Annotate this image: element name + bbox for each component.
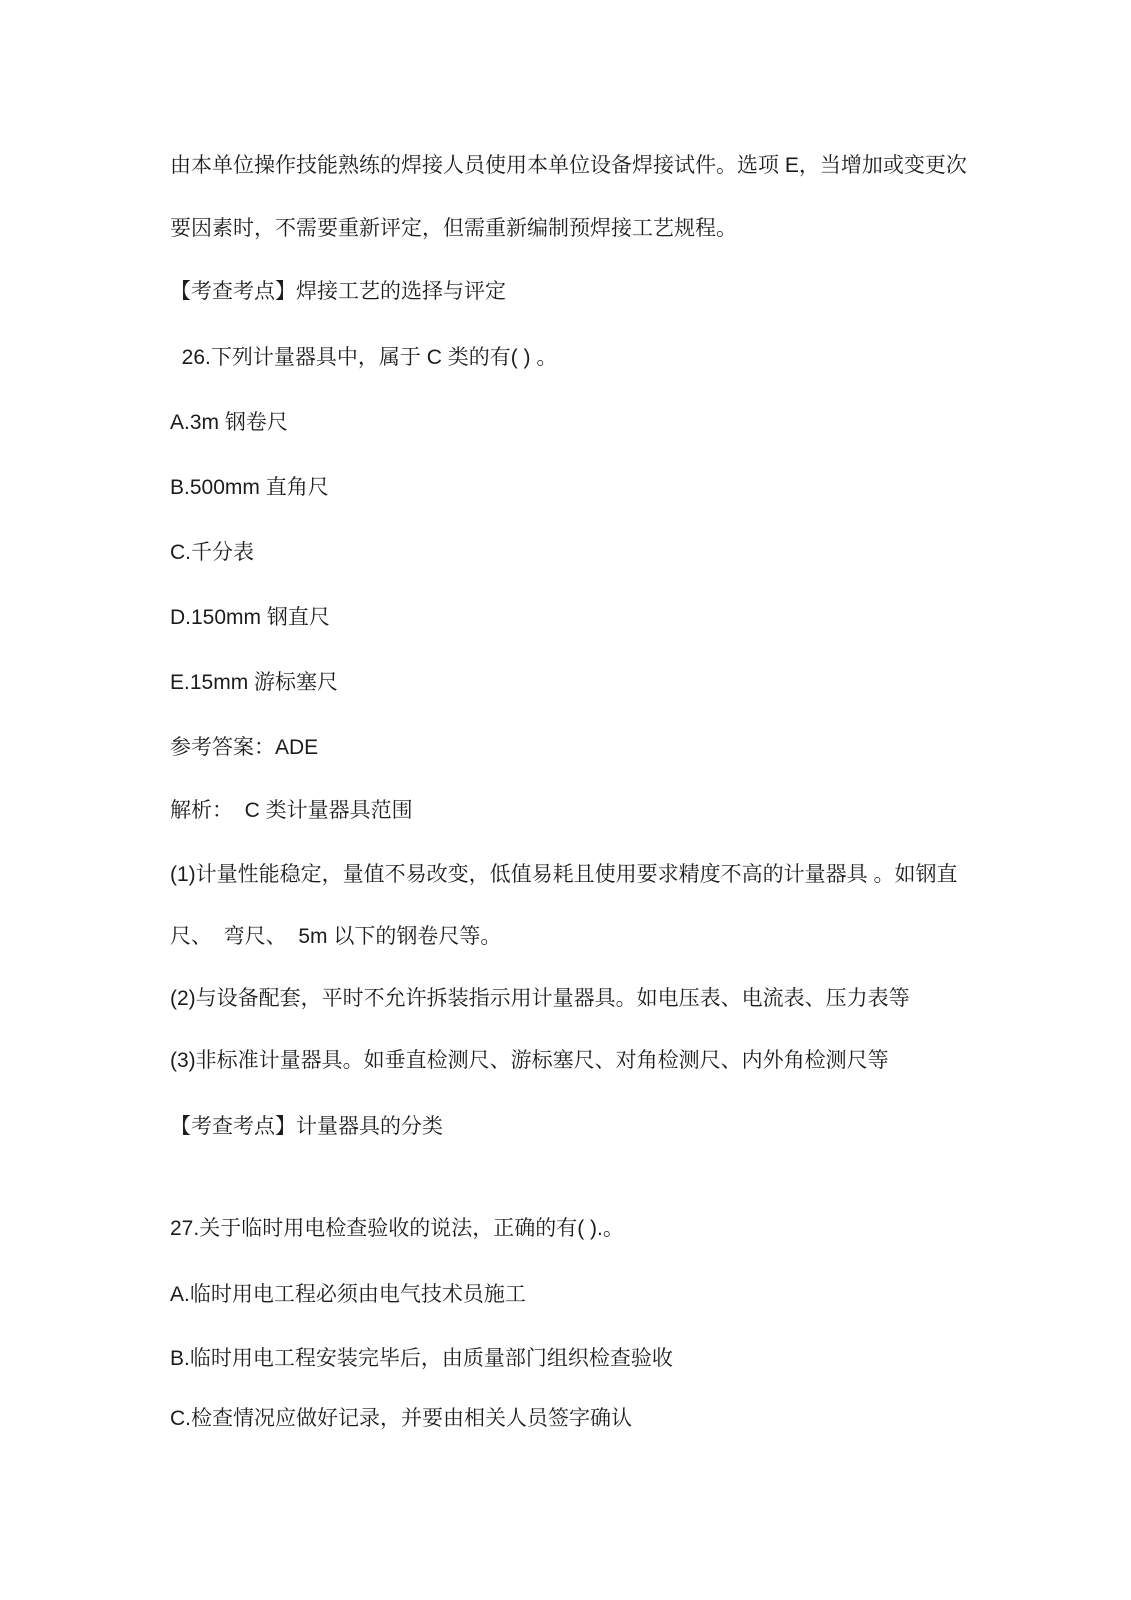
question-stem: 27.关于临时用电检查验收的说法，正确的有( ).。: [170, 1215, 624, 1243]
analysis-text-line: (3)非标准计量器具。如垂直检测尺、游标塞尺、对角检测尺、内外角检测尺等: [170, 1047, 889, 1075]
analysis-heading: 解析： C 类计量器具范围: [170, 797, 413, 825]
analysis-text-line: (1)计量性能稳定，量值不易改变，低值易耗且使用要求精度不高的计量器具 。如钢直: [170, 861, 958, 889]
analysis-text-line: 尺、 弯尺、 5m 以下的钢卷尺等。: [170, 923, 501, 951]
reference-answer: 参考答案：ADE: [170, 734, 318, 762]
option-d: D.150mm 钢直尺: [170, 604, 330, 632]
option-a: A.3m 钢卷尺: [170, 409, 288, 437]
option-b: B.500mm 直角尺: [170, 474, 329, 502]
option-b: B.临时用电工程安装完毕后，由质量部门组织检查验收: [170, 1345, 673, 1373]
document-page: 由本单位操作技能熟练的焊接人员使用本单位设备焊接试件。选项 E，当增加或变更次 …: [0, 0, 1131, 1600]
option-e: E.15mm 游标塞尺: [170, 669, 338, 697]
option-c: C.检查情况应做好记录，并要由相关人员签字确认: [170, 1405, 632, 1433]
exam-point-label: 【考查考点】计量器具的分类: [170, 1113, 443, 1141]
explanation-text-line: 由本单位操作技能熟练的焊接人员使用本单位设备焊接试件。选项 E，当增加或变更次: [170, 152, 967, 180]
exam-point-label: 【考查考点】焊接工艺的选择与评定: [170, 278, 506, 306]
option-c: C.千分表: [170, 539, 254, 567]
question-stem: 26.下列计量器具中，属于 C 类的有( ) 。: [170, 344, 557, 372]
option-a: A.临时用电工程必须由电气技术员施工: [170, 1281, 526, 1309]
analysis-text-line: (2)与设备配套，平时不允许拆装指示用计量器具。如电压表、电流表、压力表等: [170, 985, 910, 1013]
explanation-text-line: 要因素时，不需要重新评定，但需重新编制预焊接工艺规程。: [170, 215, 737, 243]
